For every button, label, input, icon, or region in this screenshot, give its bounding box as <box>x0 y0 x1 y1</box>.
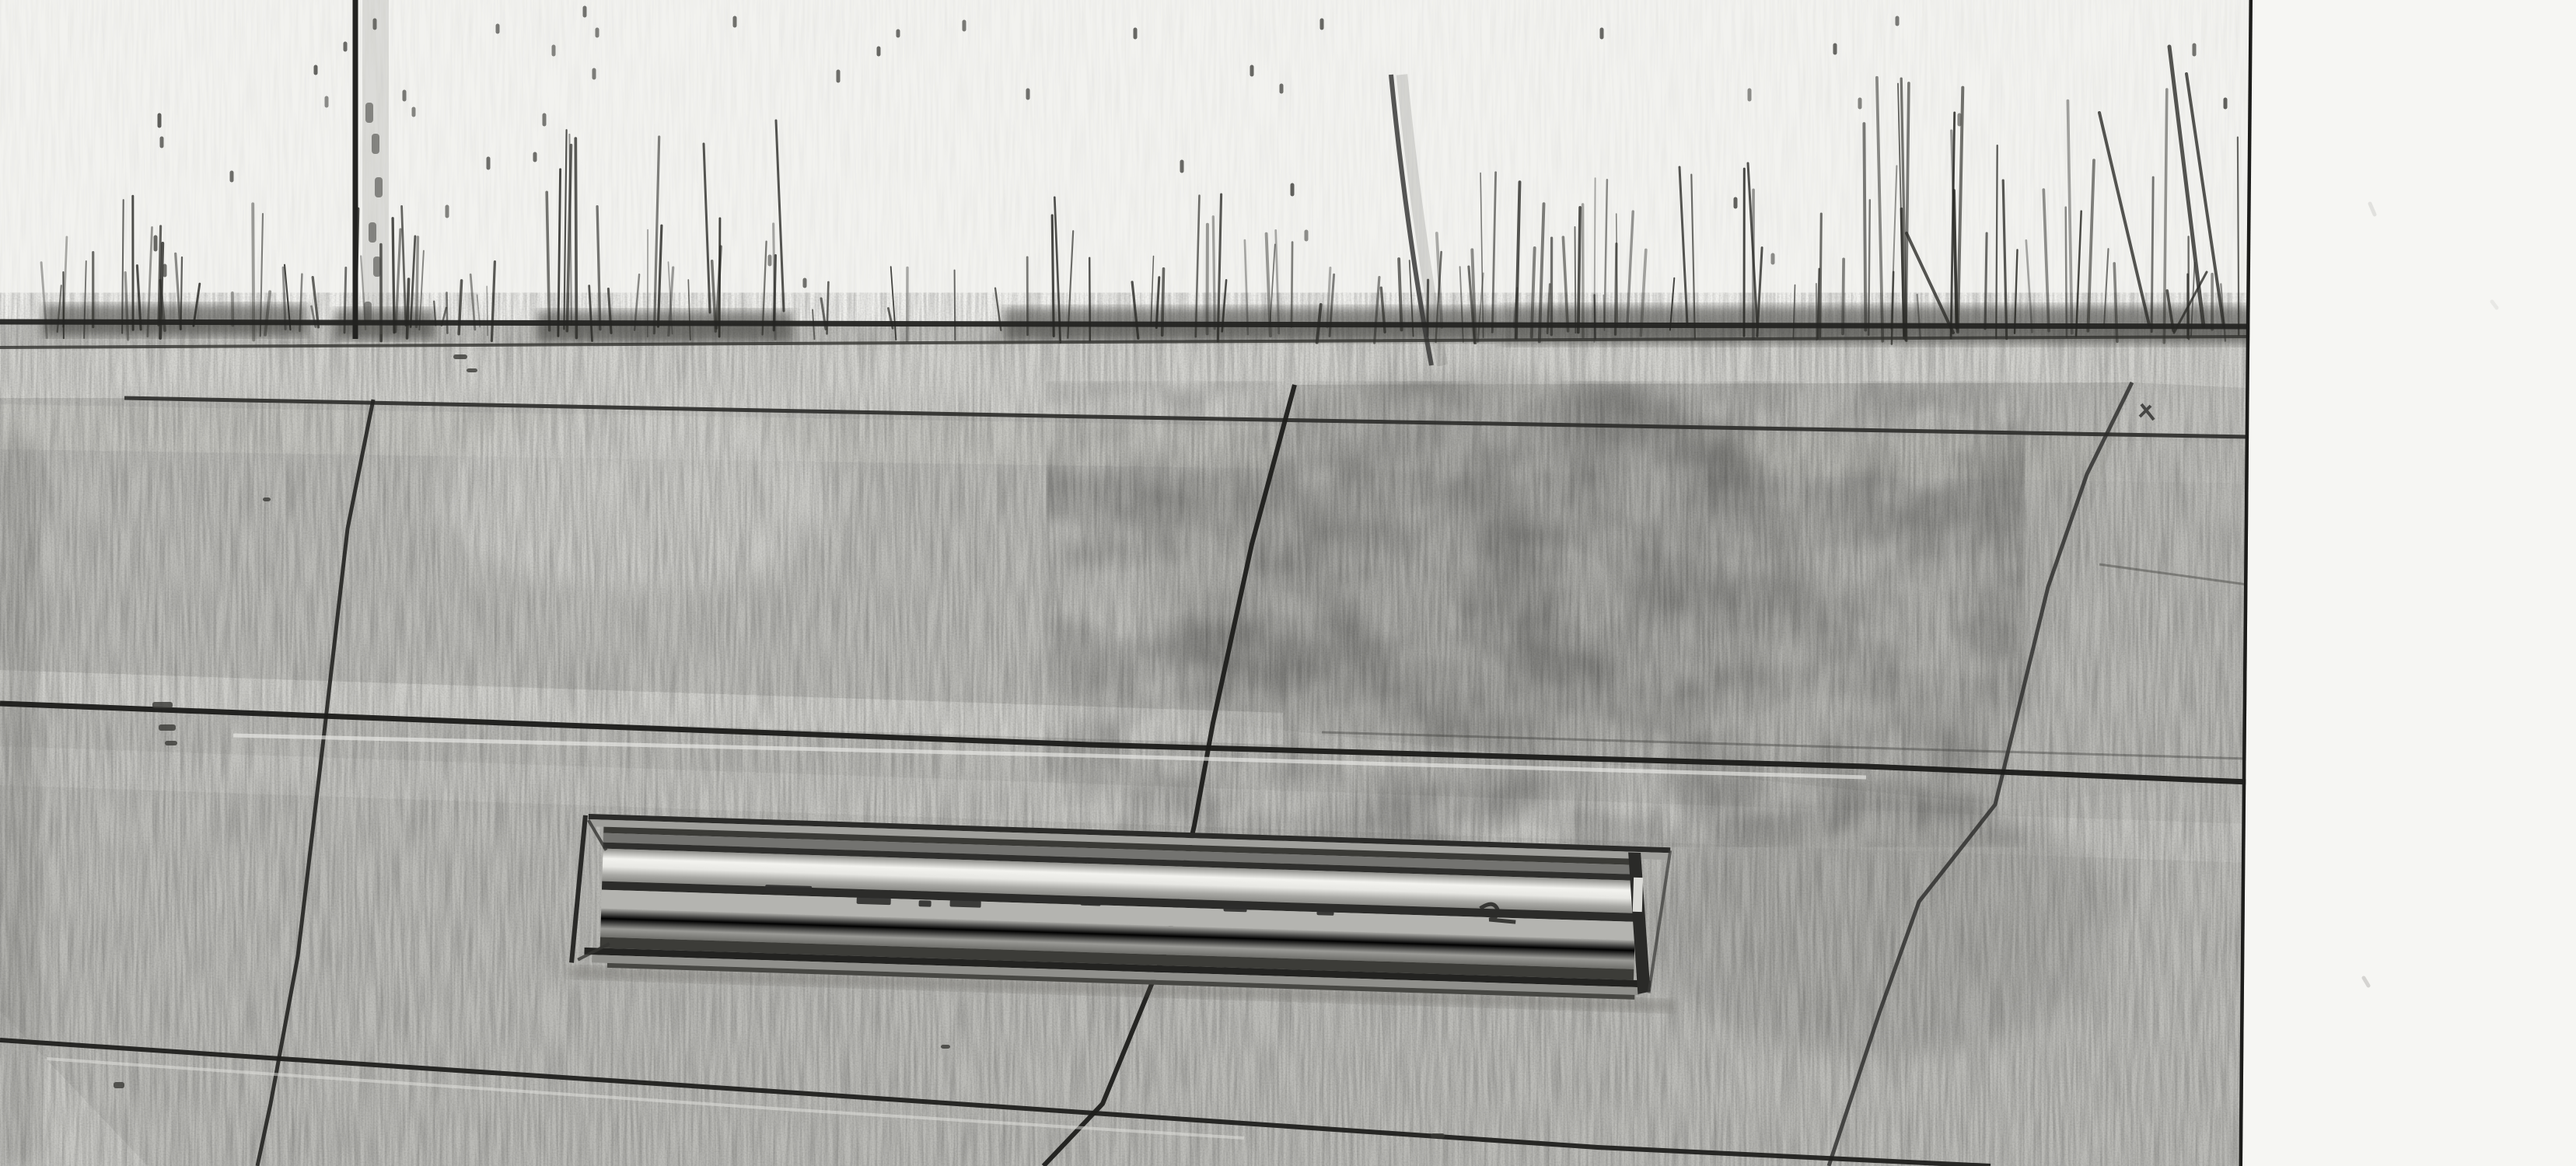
recessed-pipe-channel <box>568 813 1678 1012</box>
photograph <box>0 0 2263 1166</box>
photocopy-scene <box>0 0 2576 1166</box>
photocopy-page <box>0 0 2576 1166</box>
